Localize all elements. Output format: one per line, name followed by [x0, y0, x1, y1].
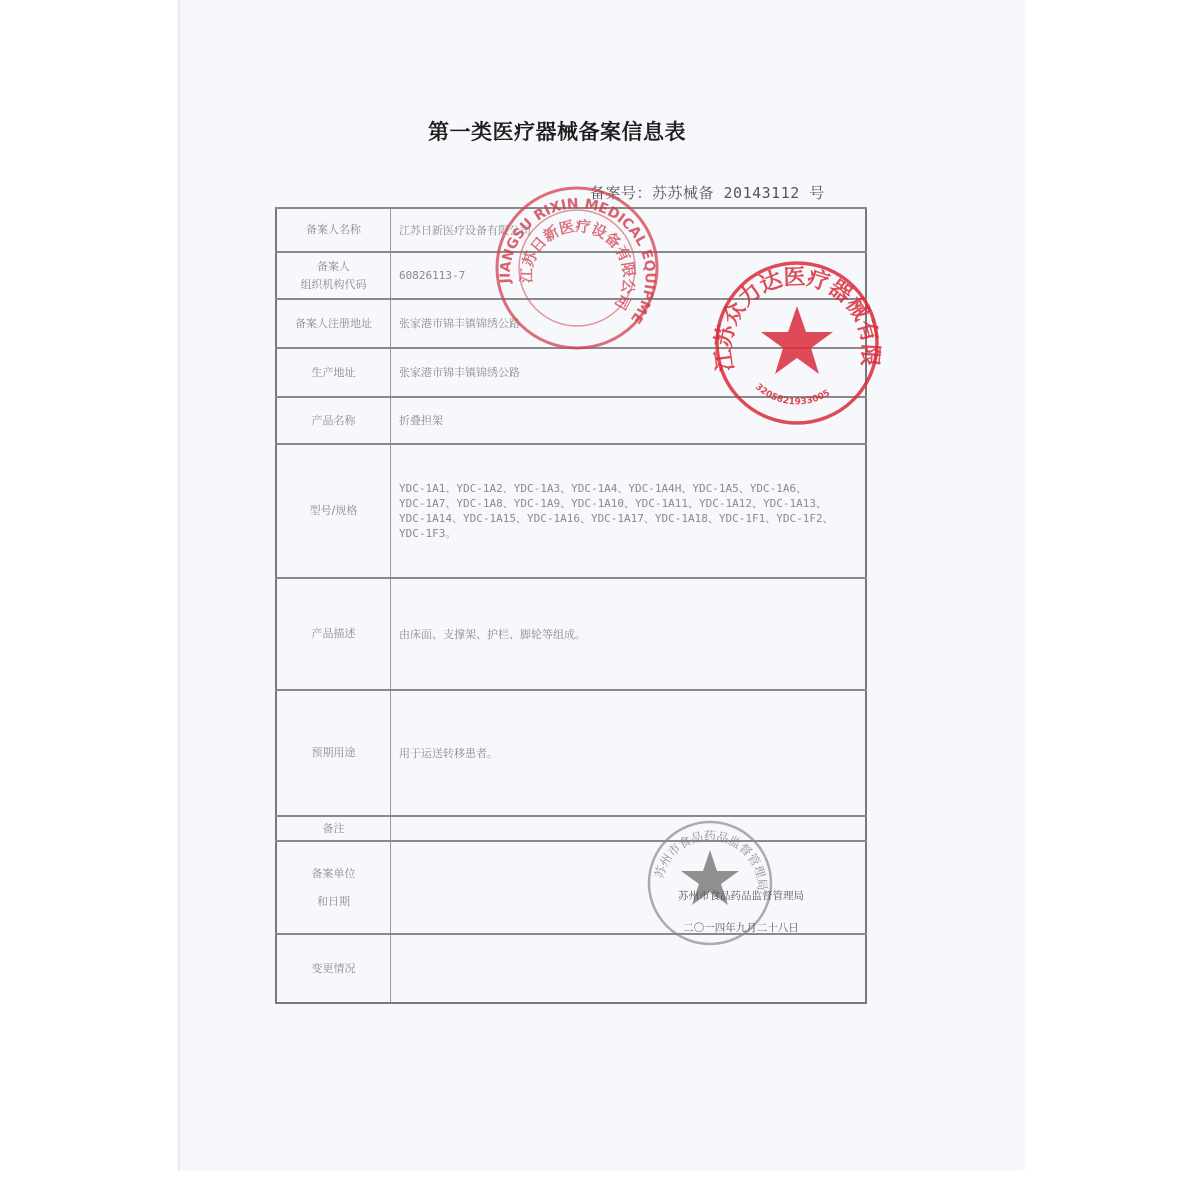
model-line: YDC-1A7、YDC-1A8、YDC-1A9、YDC-1A10、YDC-1A1… [399, 496, 865, 511]
issuer-name: 苏州市食品药品监督管理局 [626, 880, 856, 912]
model-line: YDC-1A1、YDC-1A2、YDC-1A3、YDC-1A4、YDC-1A4H… [399, 481, 865, 496]
table-row: 预期用途 用于运送转移患者。 [276, 690, 866, 816]
label-product-name: 产品名称 [276, 397, 391, 444]
table-row: 备案人 组织机构代码 60826113-7 [276, 252, 866, 299]
table-row: 变更情况 [276, 934, 866, 1003]
table-row: 生产地址 张家港市锦丰镇锦绣公路 [276, 348, 866, 397]
label-org-code: 备案人 组织机构代码 [276, 252, 391, 299]
label-registered-address: 备案人注册地址 [276, 299, 391, 348]
issuing-authority: 苏州市食品药品监督管理局 二〇一四年九月二十八日 [626, 880, 856, 944]
record-number: 备案号：苏苏械备 20143112 号 [590, 182, 825, 203]
value-model-spec: YDC-1A1、YDC-1A2、YDC-1A3、YDC-1A4、YDC-1A4H… [391, 444, 867, 578]
value-product-description: 由床面、支撑架、护栏、脚轮等组成。 [391, 578, 867, 690]
table-row: 产品名称 折叠担架 [276, 397, 866, 444]
document-title: 第一类医疗器械备案信息表 [428, 116, 728, 146]
table-row: 产品描述 由床面、支撑架、护栏、脚轮等组成。 [276, 578, 866, 690]
table-row: 型号/规格 YDC-1A1、YDC-1A2、YDC-1A3、YDC-1A4、YD… [276, 444, 866, 578]
value-intended-use: 用于运送转移患者。 [391, 690, 867, 816]
label-model-spec: 型号/规格 [276, 444, 391, 578]
label-line: 备案人 [277, 258, 390, 276]
filing-date: 二〇一四年九月二十八日 [626, 912, 856, 944]
label-line: 组织机构代码 [277, 276, 390, 294]
label-applicant-name: 备案人名称 [276, 208, 391, 252]
table-row: 备案人注册地址 张家港市锦丰镇锦绣公路 [276, 299, 866, 348]
label-filing-unit-date: 备案单位 和日期 [276, 841, 391, 934]
label-line: 备案单位 [277, 860, 390, 888]
table-row: 备注 [276, 816, 866, 841]
label-remarks: 备注 [276, 816, 391, 841]
value-product-name: 折叠担架 [391, 397, 867, 444]
label-intended-use: 预期用途 [276, 690, 391, 816]
value-applicant-name: 江苏日新医疗设备有限公司 [391, 208, 867, 252]
value-registered-address: 张家港市锦丰镇锦绣公路 [391, 299, 867, 348]
table-row: 备案人名称 江苏日新医疗设备有限公司 [276, 208, 866, 252]
label-production-address: 生产地址 [276, 348, 391, 397]
page-edge [178, 0, 180, 1170]
label-change-status: 变更情况 [276, 934, 391, 1003]
value-org-code: 60826113-7 [391, 252, 867, 299]
model-line: YDC-1F3。 [399, 526, 865, 541]
model-line: YDC-1A14、YDC-1A15、YDC-1A16、YDC-1A17、YDC-… [399, 511, 865, 526]
label-line: 和日期 [277, 888, 390, 916]
value-production-address: 张家港市锦丰镇锦绣公路 [391, 348, 867, 397]
value-remarks [391, 816, 867, 841]
value-change-status [391, 934, 867, 1003]
label-product-description: 产品描述 [276, 578, 391, 690]
